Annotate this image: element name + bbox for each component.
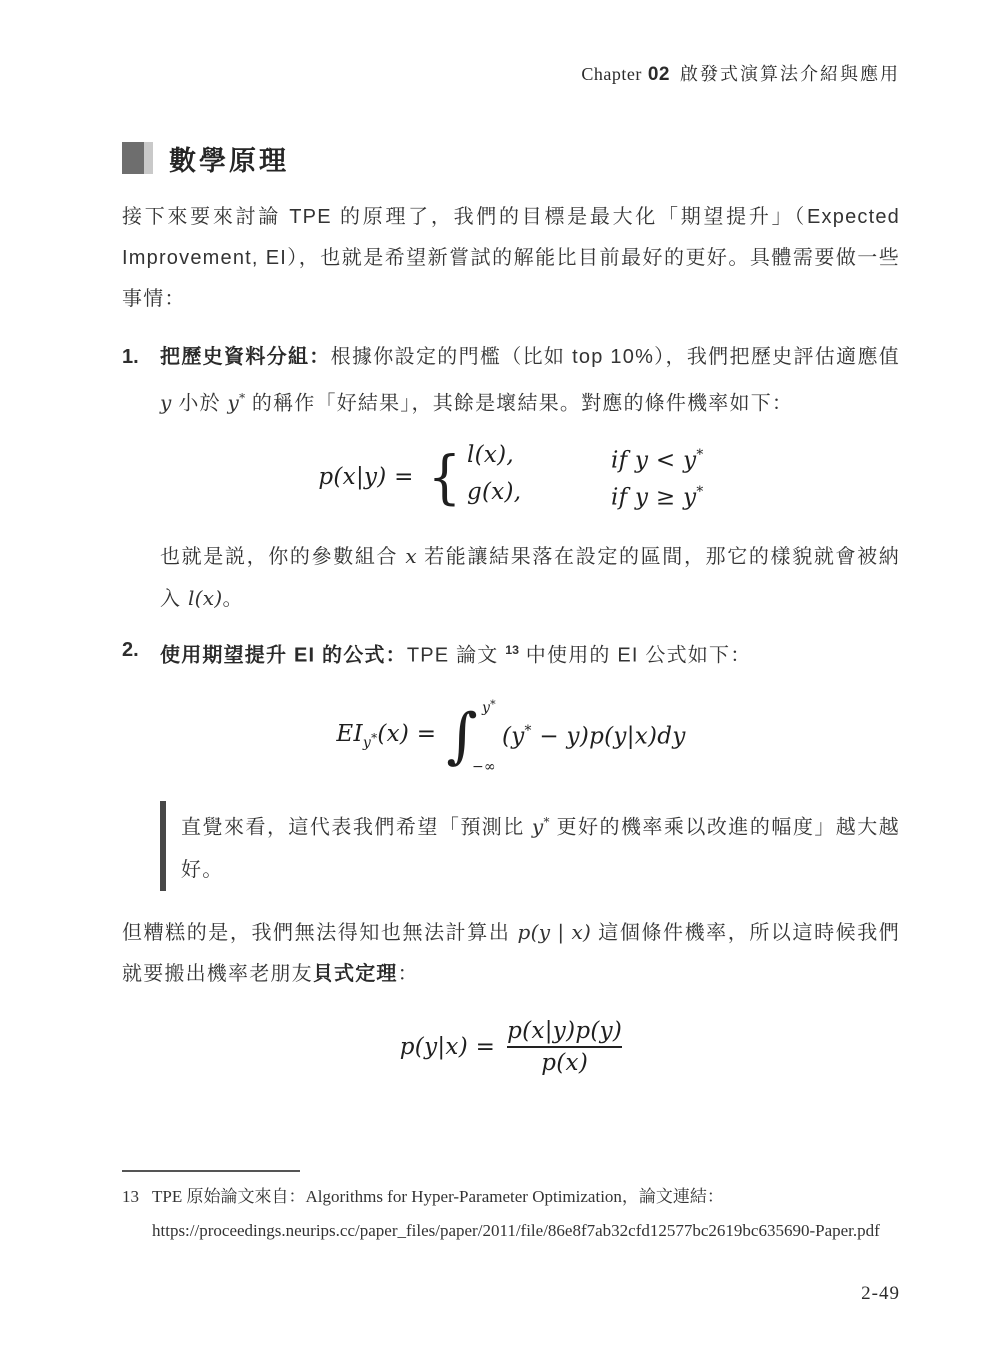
formula-bayes: p(y|x) = p(x|y)p(y) p(x) xyxy=(122,1012,900,1082)
section-heading: 數學原理 xyxy=(122,141,900,175)
list-item-2-text: 使用期望提升 EI 的公式：TPE 論文 13 中使用的 EI 公式如下： xyxy=(160,630,900,677)
formula-piecewise-cases: l(x), if y < y* g(x), if y ≥ y* xyxy=(467,440,704,513)
section-marker-light-square xyxy=(144,142,153,174)
footnote-divider xyxy=(122,1170,300,1172)
footnote-number: 13 xyxy=(122,1180,139,1214)
list-item-1-text: 把歷史資料分組：根據你設定的門檻（比如 top 10%），我們把歷史評估適應值 … xyxy=(160,337,900,425)
integral-limits: y* −∞ xyxy=(478,698,496,774)
integral-upper-limit: y* xyxy=(482,698,496,715)
section-marker-dark-square xyxy=(122,142,144,174)
pull-quote-block: 直覺來看，這代表我們希望「預測比 y* 更好的機率乘以改進的幅度」越大越好。 xyxy=(160,801,900,891)
book-page: Chapter02啟發式演算法介紹與應用 數學原理 接下來要來討論 TPE 的原… xyxy=(0,0,1000,1353)
fraction: p(x|y)p(y) p(x) xyxy=(507,1016,622,1078)
formula-ei-lhs: EIy*(x) = xyxy=(336,721,436,751)
chapter-label: Chapter xyxy=(581,64,641,84)
page-body: 數學原理 接下來要來討論 TPE 的原理了，我們的目標是最大化「期望提升」（Ex… xyxy=(122,141,900,1082)
fraction-denominator: p(x) xyxy=(541,1048,588,1078)
ei-subscript-y: y xyxy=(363,735,371,751)
section-title: 數學原理 xyxy=(169,139,289,178)
list-item-1-note: 也就是説，你的參數組合 x 若能讓結果落在設定的區間，那它的樣貌就會被納入 l(… xyxy=(160,536,900,620)
intro-paragraph: 接下來要來討論 TPE 的原理了，我們的目標是最大化「期望提升」（Expecte… xyxy=(122,197,900,320)
page-number: 2-49 xyxy=(861,1283,900,1305)
chapter-title: 啟發式演算法介紹與應用 xyxy=(680,64,900,84)
integral-lower-limit: −∞ xyxy=(472,760,496,774)
brace-glyph: { xyxy=(428,447,461,507)
bayes-paragraph: 但糟糕的是，我們無法得知也無法計算出 p(y | x) 這個條件機率，所以這時候… xyxy=(122,912,900,995)
integrand-rest: − y)p(y|x)dy xyxy=(532,724,686,750)
case-condition: if y ≥ y* xyxy=(611,477,704,514)
footnote: 13 TPE 原始論文來自：Algorithms for Hyper-Param… xyxy=(122,1180,904,1248)
case-condition-text: if y ≥ y xyxy=(611,484,696,510)
list-item-2: 2. 使用期望提升 EI 的公式：TPE 論文 13 中使用的 EI 公式如下： xyxy=(122,630,900,677)
integral-group: ∫ y* −∞ xyxy=(446,698,496,774)
ei-symbol: EI xyxy=(336,721,362,747)
formula-expected-improvement: EIy*(x) = ∫ y* −∞ (y* − y)p(y|x)dy xyxy=(122,694,900,778)
chapter-number: 02 xyxy=(648,64,670,85)
formula-ei-integrand: (y* − y)p(y|x)dy xyxy=(502,723,686,750)
case-value: g(x), xyxy=(467,477,559,514)
upper-limit-y: y xyxy=(482,700,490,716)
star-superscript: * xyxy=(696,484,703,500)
formula-bayes-lhs: p(y|x) = xyxy=(400,1034,495,1060)
running-header: Chapter02啟發式演算法介紹與應用 xyxy=(581,60,900,86)
pull-quote-text: 直覺來看，這代表我們希望「預測比 y* 更好的機率乘以改進的幅度」越大越好。 xyxy=(181,801,900,891)
star-superscript: * xyxy=(696,447,703,463)
case-value: l(x), xyxy=(467,440,559,477)
integrand-star: * xyxy=(525,723,532,739)
formula-piecewise-lhs: p(x|y) = xyxy=(318,464,413,490)
case-condition: if y < y* xyxy=(611,440,704,477)
ei-subscript: y* xyxy=(363,735,378,751)
list-item-2-number: 2. xyxy=(122,630,160,677)
case-condition-text: if y < y xyxy=(611,448,696,474)
upper-limit-star: * xyxy=(490,698,496,711)
section-marker-icon xyxy=(122,142,153,174)
list-item-1-number: 1. xyxy=(122,337,160,425)
list-item-1: 1. 把歷史資料分組：根據你設定的門檻（比如 top 10%），我們把歷史評估適… xyxy=(122,337,900,425)
integrand-open: (y xyxy=(502,724,525,750)
piecewise-case-row: g(x), if y ≥ y* xyxy=(467,477,704,514)
fraction-numerator: p(x|y)p(y) xyxy=(507,1016,622,1046)
piecewise-case-row: l(x), if y < y* xyxy=(467,440,704,477)
footnote-text: TPE 原始論文來自：Algorithms for Hyper-Paramete… xyxy=(152,1187,880,1240)
ei-lhs-rest: (x) = xyxy=(377,721,436,747)
formula-piecewise: p(x|y) = { l(x), if y < y* g(x), if y ≥ … xyxy=(122,445,900,509)
